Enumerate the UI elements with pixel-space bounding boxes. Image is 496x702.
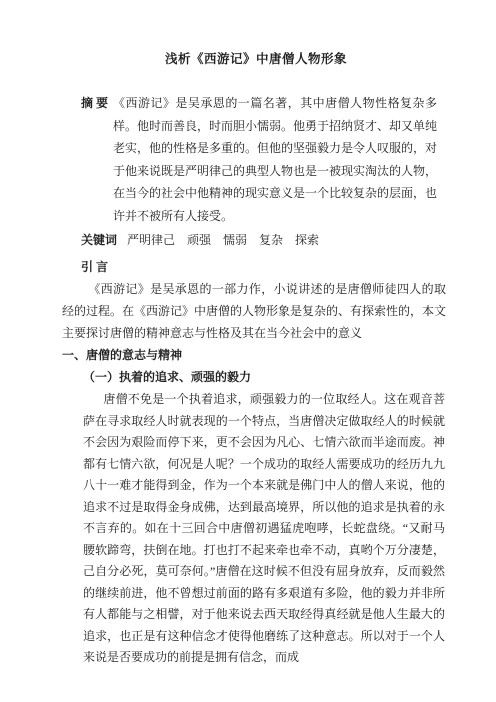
abstract-section: 摘 要 《西游记》是吴承恩的一篇名著，其中唐僧人物性格复杂多样。他时而善良，时而… bbox=[62, 92, 450, 227]
subsection-1-heading: （一）执着的追求、顽强的毅力 bbox=[83, 367, 450, 388]
abstract-label: 摘 要 bbox=[81, 92, 108, 115]
document-page: 浅析《西游记》中唐僧人物形象 摘 要 《西游记》是吴承恩的一篇名著，其中唐僧人物… bbox=[0, 0, 496, 702]
abstract-text: 《西游记》是吴承恩的一篇名著，其中唐僧人物性格复杂多样。他时而善良，时而胆小懦弱… bbox=[113, 92, 437, 227]
introduction-paragraph: 《西游记》是吴承恩的一部力作，小说讲述的是唐僧师徒四人的取经的过程。在《西游记》… bbox=[62, 278, 446, 344]
document-title: 浅析《西游记》中唐僧人物形象 bbox=[62, 50, 450, 68]
keywords-section: 关键词 严明律己 顽强 懦弱 复杂 探索 bbox=[62, 229, 450, 251]
introduction-heading: 引 言 bbox=[81, 256, 450, 278]
keywords-list: 严明律己 顽强 懦弱 复杂 探索 bbox=[127, 229, 319, 251]
subsection-1-paragraph: 唐僧不免是一个执着追求，顽强毅力的一位取经人。这在观音菩萨在寻求取经人时就表现的… bbox=[83, 389, 445, 669]
section-1-heading: 一、唐僧的意志与精神 bbox=[62, 345, 450, 366]
keywords-label: 关键词 bbox=[81, 229, 117, 251]
